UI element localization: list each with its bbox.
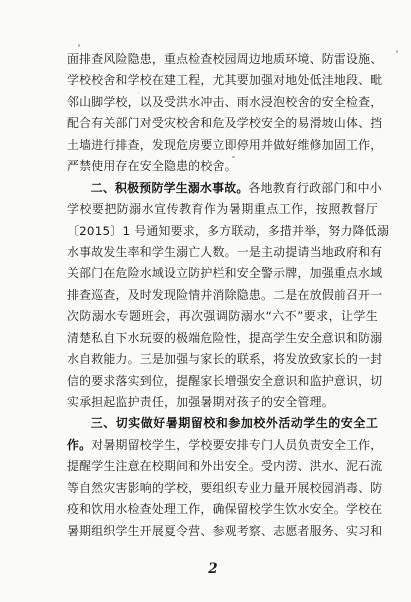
text-line: 严禁使用存在安全隐患的校舍。	[67, 156, 378, 177]
paragraph-heading-text: 三、切实做好暑期留校和参加校外活动学生的安全工	[91, 416, 378, 430]
paragraph-text: 严禁使用存在安全隐患的校舍。	[67, 159, 237, 173]
paragraph-text: 配合有关部门对受灾校舍和危及学校安全的易滑坡山体、挡	[67, 116, 382, 130]
scan-speckle	[78, 44, 80, 47]
text-line: 清楚私自下水玩耍的极端危险性，提高学生安全意识和防溺	[67, 328, 378, 349]
text-line: 邻山脚学校，以及受洪水冲击、雨水浸泡校舍的安全检查，	[67, 92, 378, 113]
paragraph-text: 实承担起监护责任，加强暑期对孩子的安全管理。	[67, 395, 334, 409]
text-line: 次防溺水专题班会，再次强调防溺水“六不”要求，让学生	[67, 306, 378, 327]
text-line: 实承担起监护责任，加强暑期对孩子的安全管理。	[67, 392, 378, 413]
text-line: 暑期组织学生开展夏令营、参观考察、志愿者服务、实习和	[67, 521, 378, 542]
paragraph-text: 学校校舍和学校在建工程，尤其要加强对地处低洼地段、毗	[67, 73, 382, 87]
text-line: 水事故发生率和学生溺亡人数。一是主动提请当地政府和有	[67, 242, 378, 263]
paragraph-text: 水事故发生率和学生溺亡人数。一是主动提请当地政府和有	[67, 245, 382, 259]
text-line: 作。对暑期留校学生，学校要安排专门人员负责安全工作，	[67, 435, 378, 456]
text-line: 二、积极预防学生溺水事故。各地教育行政部门和中小	[67, 178, 378, 199]
paragraph-text: 等自然灾害影响的学校，要组织专业力量开展校园消毒、防	[67, 481, 382, 495]
text-line: 学校校舍和学校在建工程，尤其要加强对地处低洼地段、毗	[67, 70, 378, 91]
paragraph-text: 暑期组织学生开展夏令营、参观考察、志愿者服务、实习和	[67, 524, 382, 538]
text-line: 水自救能力。三是加强与家长的联系，将发放致家长的一封	[67, 349, 378, 370]
text-line: 配合有关部门对受灾校舍和危及学校安全的易滑坡山体、挡	[67, 113, 378, 134]
text-line: 等自然灾害影响的学校，要组织专业力量开展校园消毒、防	[67, 478, 378, 499]
text-line: 学校要把防溺水宣传教育作为暑期重点工作，按照教督厅	[67, 199, 378, 220]
paragraph-text: 土墙进行排查，发现危房要立即停用并做好维修加固工作，	[67, 138, 382, 152]
paragraph-heading-text: 二、积极预防学生溺水事故。	[91, 181, 249, 195]
paragraph-text: 清楚私自下水玩耍的极端危险性，提高学生安全意识和防溺	[67, 331, 382, 345]
text-line: 关部门在危险水域设立防护栏和安全警示牌，加强重点水域	[67, 263, 378, 284]
paragraph-text: 水自救能力。三是加强与家长的联系，将发放致家长的一封	[67, 352, 382, 366]
page-number: 2	[203, 561, 223, 577]
text-line: 〔2015〕1 号通知要求，多方联动，多措并举，努力降低溺	[67, 221, 378, 242]
text-line: 土墙进行排查，发现危房要立即停用并做好维修加固工作，	[67, 135, 378, 156]
paragraph-text: 提醒学生注意在校期间和外出安全。受内涝、洪水、泥石流	[67, 459, 382, 473]
paragraph-text: 面排查风险隐患，重点检查校园周边地质环境、防雷设施、	[67, 52, 382, 66]
text-line: 排查巡查，及时发现险情并消除隐患。二是在放假前召开一	[67, 285, 378, 306]
document-body: 面排查风险隐患，重点检查校园周边地质环境、防雷设施、学校校舍和学校在建工程，尤其…	[67, 49, 378, 542]
scan-speckle	[138, 92, 139, 94]
text-line: 三、切实做好暑期留校和参加校外活动学生的安全工	[67, 413, 378, 434]
paragraph-text: 〔2015〕1 号通知要求，多方联动，多措并举，努力降低溺	[67, 224, 389, 238]
scan-speckle	[232, 156, 235, 158]
scan-speckle	[396, 50, 398, 53]
text-line: 面排查风险隐患，重点检查校园周边地质环境、防雷设施、	[67, 49, 378, 70]
paragraph-text: 次防溺水专题班会，再次强调防溺水“六不”要求，让学生	[67, 309, 378, 323]
paragraph-text: 邻山脚学校，以及受洪水冲击、雨水浸泡校舍的安全检查，	[67, 95, 382, 109]
paragraph-text: 疫和饮用水检查处理工作，确保留校学生饮水安全。学校在	[67, 502, 382, 516]
text-line: 信的要求落实到位，提醒家长增强安全意识和监护意识，切	[67, 371, 378, 392]
paragraph-text: 学校要把防溺水宣传教育作为暑期重点工作，按照教督厅	[67, 202, 378, 216]
paragraph-text: 各地教育行政部门和中小	[248, 181, 381, 195]
text-line: 疫和饮用水检查处理工作，确保留校学生饮水安全。学校在	[67, 499, 378, 520]
paragraph-heading-text: 作。	[67, 438, 91, 452]
paragraph-text: 信的要求落实到位，提醒家长增强安全意识和监护意识，切	[67, 374, 382, 388]
text-line: 提醒学生注意在校期间和外出安全。受内涝、洪水、泥石流	[67, 456, 378, 477]
paragraph-text: 关部门在危险水域设立防护栏和安全警示牌，加强重点水域	[67, 266, 382, 280]
document-page: 面排查风险隐患，重点检查校园周边地质环境、防雷设施、学校校舍和学校在建工程，尤其…	[0, 0, 411, 602]
paragraph-text: 排查巡查，及时发现险情并消除隐患。二是在放假前召开一	[67, 288, 382, 302]
paragraph-text: 对暑期留校学生，学校要安排专门人员负责安全工作，	[91, 438, 382, 452]
